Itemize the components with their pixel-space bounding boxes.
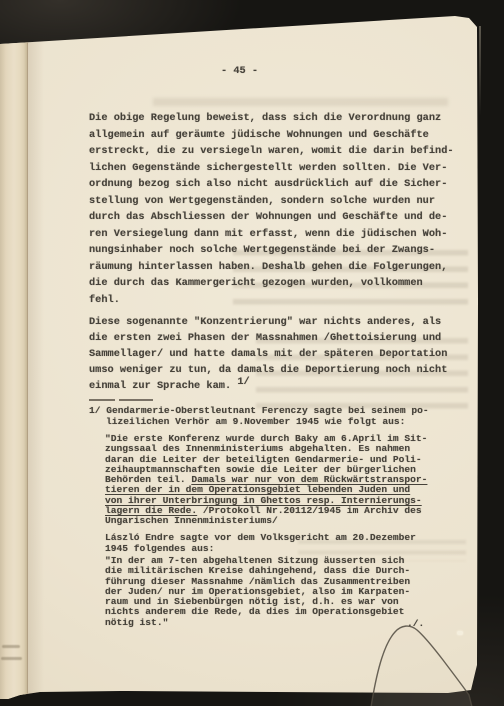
text-line: 1945 folgendes aus: [105, 543, 416, 554]
page-edge-gap [2, 645, 20, 648]
text-line: lizeilichen Verhör am 9.November 1945 wi… [89, 417, 429, 428]
text-line: ren Versiegelung dann mit erfasst, wenn … [89, 226, 454, 243]
page-number: - 45 - [221, 64, 258, 78]
book-page: - 45 - Die obige Regelung beweist, dass … [0, 0, 504, 706]
text-line: allgemein auf geräumte jüdische Wohnunge… [89, 127, 454, 144]
text-line: Sammellager/ und hatte damals mit der sp… [89, 346, 447, 362]
text-line: die ersten zwei Phasen der Massnahmen /G… [89, 330, 447, 346]
page-edge-stack [0, 0, 28, 706]
continuation-mark: ./. [407, 619, 424, 629]
page-edge-gap [1, 657, 22, 660]
text-line: László Endre sagte vor dem Volksgericht … [105, 532, 416, 543]
text-line: die durch das Kammergericht gezogen wurd… [89, 275, 454, 292]
footnote-quote-1: "Die erste Konferenz wurde durch Baky am… [105, 434, 427, 527]
body-paragraph-2: Diese sogenannte "Konzentrierung" war ni… [89, 314, 447, 394]
body-paragraph-1: Die obige Regelung beweist, dass sich di… [89, 110, 454, 308]
bleed-through-text [153, 98, 448, 106]
footnote-attribution-2: László Endre sagte vor dem Volksgericht … [105, 532, 416, 554]
page-edge-highlight [479, 26, 481, 116]
footnote-rule [89, 399, 153, 401]
text-line: umso weniger zu tun, da damals die Depor… [89, 362, 447, 378]
text-line: stellung von Wertgegenständen, sondern s… [89, 193, 454, 210]
text-line: räumung hinterlassen haben. Deshalb gehe… [89, 259, 454, 276]
gutter-shadow [28, 0, 44, 706]
text-line: fehl. [89, 292, 454, 309]
text-line: Ungarischen Innenministeriums/ [105, 516, 427, 526]
text-line: nungsinhaber noch solche Wertgegenstände… [89, 242, 454, 259]
photo-backdrop: - 45 - Die obige Regelung beweist, dass … [0, 0, 504, 706]
text-line: erstreckt, die zu versiegeln waren, womi… [89, 143, 454, 160]
text-line: einmal zur Sprache kam. 1/ [89, 378, 447, 394]
text-line: Die obige Regelung beweist, dass sich di… [89, 110, 454, 127]
page-edge-glint [457, 631, 463, 635]
text-line: lichen Gegenstände sichergestellt werden… [89, 160, 454, 177]
text-line: ordnung bezog sich also nicht ausdrückli… [89, 176, 454, 193]
footnote-intro: 1/ Gendarmerie-Oberstleutnant Ferenczy s… [89, 406, 429, 428]
text-line: Diese sogenannte "Konzentrierung" war ni… [89, 314, 447, 330]
text-line: nötig ist." [105, 618, 410, 628]
footnote-quote-2: "In der am 7-ten abgehaltenen Sitzung äu… [105, 556, 410, 628]
text-line: durch das Abschliessen der Wohnungen und… [89, 209, 454, 226]
